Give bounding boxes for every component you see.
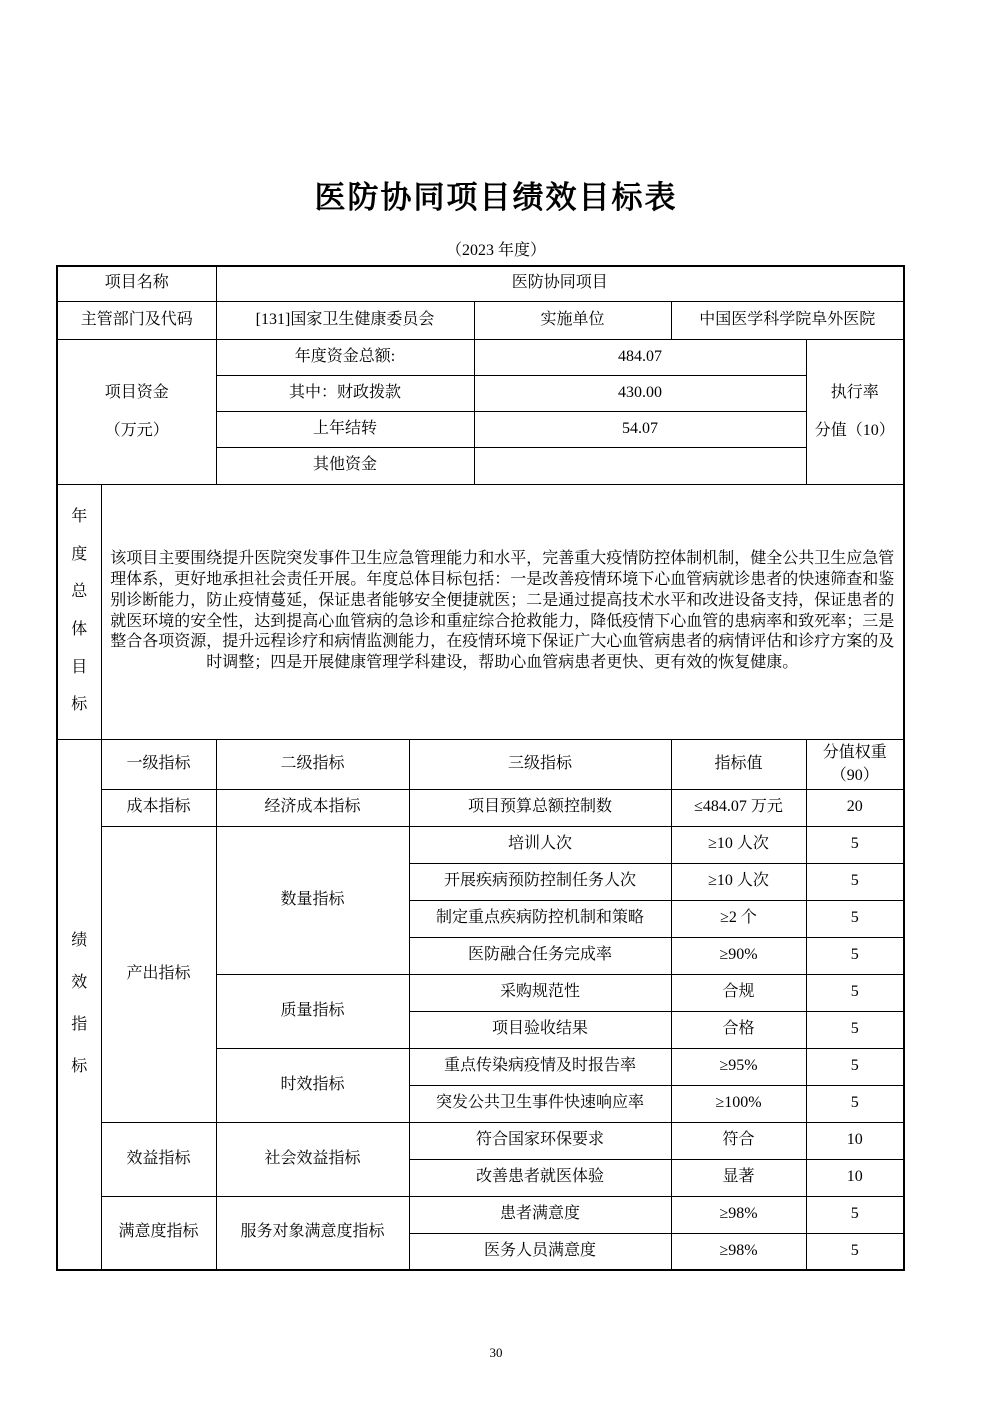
funding-row-label: 其中：财政拨款 [216,375,474,411]
table-row: 主管部门及代码 [131]国家卫生健康委员会 实施单位 中国医学科学院阜外医院 [57,301,904,339]
document-page: 医防协同项目绩效目标表 （2023 年度） 项目名称 医防协同项目 主管部门及代… [0,0,992,1403]
weight-cell: 5 [806,937,904,974]
project-name-label: 项目名称 [57,266,216,301]
indicator-value-cell: ≥2 个 [671,900,806,937]
impl-unit-label: 实施单位 [474,301,671,339]
level3-cell: 重点传染病疫情及时报告率 [409,1048,671,1085]
label-char: 指 [71,1015,87,1036]
weight-cell: 10 [806,1122,904,1159]
header-level2: 二级指标 [216,739,409,789]
level1-cell: 产出指标 [101,826,216,1122]
level3-cell: 改善患者就医体验 [409,1159,671,1196]
indicator-value-cell: 显著 [671,1159,806,1196]
indicator-value-cell: ≥90% [671,937,806,974]
indicator-value-cell: ≥10 人次 [671,826,806,863]
funding-label-line1: 项目资金 [61,374,213,412]
weight-cell: 5 [806,1085,904,1122]
performance-target-table: 项目名称 医防协同项目 主管部门及代码 [131]国家卫生健康委员会 实施单位 … [56,265,905,1271]
table-row: 项目名称 医防协同项目 [57,266,904,301]
weight-cell: 5 [806,1011,904,1048]
funding-row-value: 430.00 [474,375,806,411]
weight-cell: 5 [806,900,904,937]
weight-cell: 20 [806,789,904,826]
level3-cell: 项目验收结果 [409,1011,671,1048]
funding-row-value [474,447,806,484]
level1-cell: 成本指标 [101,789,216,826]
indicator-value-cell: ≥10 人次 [671,863,806,900]
weight-cell: 5 [806,1048,904,1085]
level3-cell: 培训人次 [409,826,671,863]
funding-label-line2: （万元） [61,412,213,450]
funding-row-label: 年度资金总额: [216,339,474,375]
label-char: 标 [71,1057,87,1078]
label-char: 总 [71,582,87,603]
table-row: 年 度 总 体 目 标 该项目主要围绕提升医院突发事件卫生应急管理能力和水平，完… [57,484,904,739]
indicator-value-cell: 合规 [671,974,806,1011]
impl-unit-value: 中国医学科学院阜外医院 [671,301,904,339]
weight-cell: 5 [806,1233,904,1270]
page-number: 30 [0,1345,992,1361]
table-row: 效益指标 社会效益指标 符合国家环保要求 符合 10 [57,1122,904,1159]
table-row: 项目资金 （万元） 年度资金总额: 484.07 执行率 分值（10） [57,339,904,375]
header-score-weight-line1: 分值权重 [810,741,901,764]
level3-cell: 制定重点疾病防控机制和策略 [409,900,671,937]
weight-cell: 5 [806,974,904,1011]
table-row: 成本指标 经济成本指标 项目预算总额控制数 ≤484.07 万元 20 [57,789,904,826]
project-name-value: 医防协同项目 [216,266,904,301]
indicator-value-cell: ≥98% [671,1196,806,1233]
execution-rate-label: 执行率 分值（10） [806,339,904,484]
header-score-weight-line2: （90） [810,764,901,787]
label-char: 体 [71,620,87,641]
level2-cell: 社会效益指标 [216,1122,409,1196]
funding-row-value: 54.07 [474,411,806,447]
dept-value: [131]国家卫生健康委员会 [216,301,474,339]
level2-cell: 数量指标 [216,826,409,974]
weight-cell: 5 [806,1196,904,1233]
performance-indicators-label: 绩 效 指 标 [57,739,101,1270]
indicator-value-cell: ≤484.07 万元 [671,789,806,826]
level3-cell: 开展疾病预防控制任务人次 [409,863,671,900]
level3-cell: 采购规范性 [409,974,671,1011]
table-row: 绩 效 指 标 一级指标 二级指标 三级指标 指标值 分值权重 （90） [57,739,904,789]
label-char: 标 [71,695,87,716]
indicator-value-cell: 符合 [671,1122,806,1159]
annual-goal-label: 年 度 总 体 目 标 [57,484,101,739]
funding-label: 项目资金 （万元） [57,339,216,484]
level2-cell: 经济成本指标 [216,789,409,826]
level3-cell: 项目预算总额控制数 [409,789,671,826]
document-title: 医防协同项目绩效目标表 [0,172,992,217]
level2-cell: 服务对象满意度指标 [216,1196,409,1270]
execution-rate-line2: 分值（10） [810,412,901,450]
funding-row-value: 484.07 [474,339,806,375]
header-indicator-value: 指标值 [671,739,806,789]
header-score-weight: 分值权重 （90） [806,739,904,789]
label-char: 绩 [71,931,87,952]
level3-cell: 医防融合任务完成率 [409,937,671,974]
weight-cell: 10 [806,1159,904,1196]
indicator-value-cell: ≥100% [671,1085,806,1122]
header-level3: 三级指标 [409,739,671,789]
weight-cell: 5 [806,863,904,900]
weight-cell: 5 [806,826,904,863]
level3-cell: 突发公共卫生事件快速响应率 [409,1085,671,1122]
annual-goal-text: 该项目主要围绕提升医院突发事件卫生应急管理能力和水平，完善重大疫情防控体制机制，… [101,484,904,739]
dept-label: 主管部门及代码 [57,301,216,339]
header-level1: 一级指标 [101,739,216,789]
indicator-value-cell: ≥95% [671,1048,806,1085]
annual-goal-label-chars: 年 度 总 体 目 标 [61,490,98,733]
level3-cell: 符合国家环保要求 [409,1122,671,1159]
table-row: 产出指标 数量指标 培训人次 ≥10 人次 5 [57,826,904,863]
label-char: 目 [71,658,87,679]
execution-rate-line1: 执行率 [810,374,901,412]
document-subtitle: （2023 年度） [0,237,992,260]
label-char: 年 [71,507,87,528]
level2-cell: 质量指标 [216,974,409,1048]
level3-cell: 患者满意度 [409,1196,671,1233]
level1-cell: 效益指标 [101,1122,216,1196]
funding-row-label: 上年结转 [216,411,474,447]
performance-indicators-label-chars: 绩 效 指 标 [61,744,98,1264]
label-char: 度 [71,545,87,566]
label-char: 效 [71,973,87,994]
funding-row-label: 其他资金 [216,447,474,484]
level1-cell: 满意度指标 [101,1196,216,1270]
table-row: 满意度指标 服务对象满意度指标 患者满意度 ≥98% 5 [57,1196,904,1233]
level2-cell: 时效指标 [216,1048,409,1122]
indicator-value-cell: 合格 [671,1011,806,1048]
indicator-value-cell: ≥98% [671,1233,806,1270]
level3-cell: 医务人员满意度 [409,1233,671,1270]
